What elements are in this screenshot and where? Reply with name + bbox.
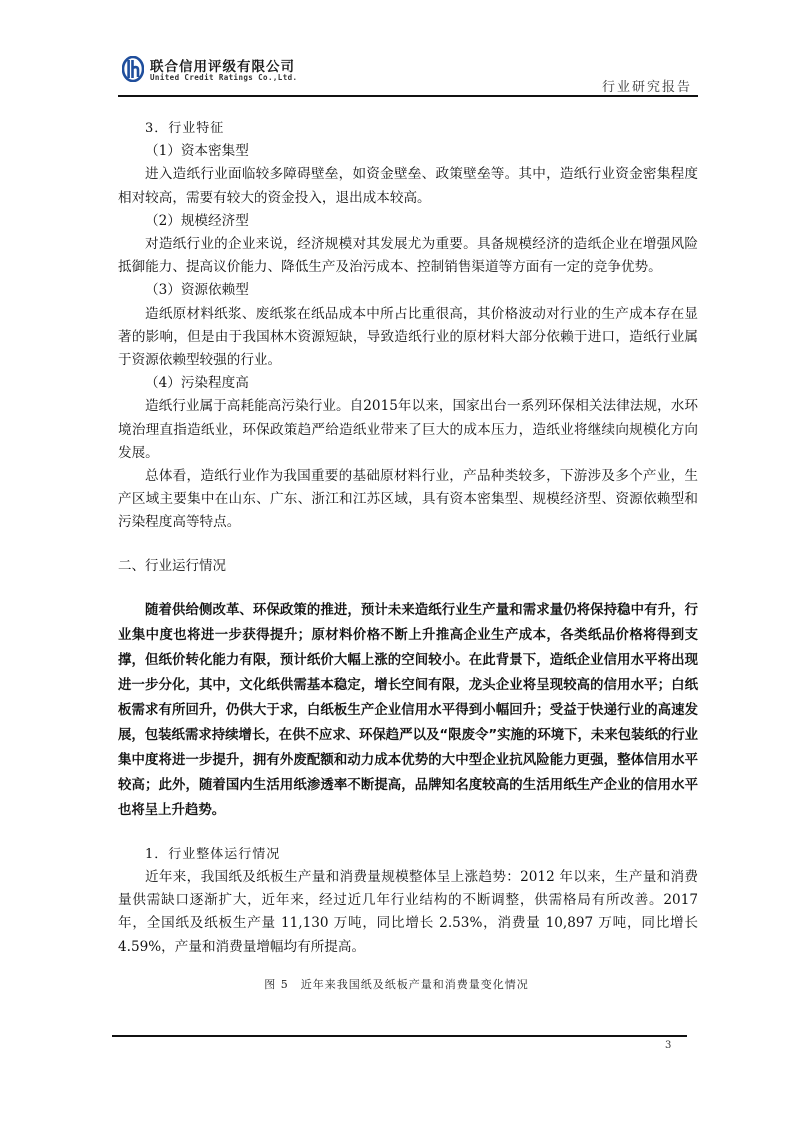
spacer bbox=[118, 578, 698, 598]
subheading-resource-dependent: （3）资源依赖型 bbox=[118, 279, 698, 302]
spacer bbox=[118, 823, 698, 843]
section-heading-industry-operation: 二、行业运行情况 bbox=[118, 555, 698, 578]
paragraph-resource-dependent: 造纸原材料纸浆、废纸浆在纸品成本中所占比重很高，其价格波动对行业的生产成本存在显… bbox=[118, 303, 698, 373]
document-body: 3．行业特征 （1）资本密集型 进入造纸行业面临较多障碍壁垒，如资金壁垒、政策壁… bbox=[118, 117, 698, 959]
paragraph-overall-operation: 近年来，我国纸及纸板生产量和消费量规模整体呈上涨趋势：2012 年以来，生产量和… bbox=[118, 866, 698, 959]
paragraph-summary: 总体看，造纸行业作为我国重要的基础原材料行业，产品种类较多，下游涉及多个产业，生… bbox=[118, 465, 698, 535]
figure-caption: 图 5 近年来我国纸及纸板产量和消费量变化情况 bbox=[0, 976, 793, 992]
paragraph-key-summary: 随着供给侧改革、环保政策的推进，预计未来造纸行业生产量和需求量仍将保持稳中有升，… bbox=[118, 598, 698, 823]
subheading-high-pollution: （4）污染程度高 bbox=[118, 372, 698, 395]
paragraph-capital-intensive: 进入造纸行业面临较多障碍壁垒，如资金壁垒、政策壁垒等。其中，造纸行业资金密集程度… bbox=[118, 163, 698, 209]
spacer bbox=[118, 535, 698, 555]
footer-divider bbox=[112, 1035, 687, 1037]
subsection-heading-overall-operation: 1．行业整体运行情况 bbox=[118, 843, 698, 866]
paragraph-economies-of-scale: 对造纸行业的企业来说，经济规模对其发展尤为重要。具备规模经济的造纸企业在增强风险… bbox=[118, 233, 698, 279]
subheading-economies-of-scale: （2）规模经济型 bbox=[118, 210, 698, 233]
page-header: 联合信用评级有限公司 United Credit Ratings Co.,Ltd… bbox=[118, 50, 698, 96]
report-type-label: 行业研究报告 bbox=[602, 76, 692, 95]
section-heading-industry-features: 3．行业特征 bbox=[118, 117, 698, 140]
ucr-logo-icon bbox=[122, 56, 144, 82]
company-name-en: United Credit Ratings Co.,Ltd. bbox=[150, 73, 297, 82]
document-page: 联合信用评级有限公司 United Credit Ratings Co.,Ltd… bbox=[0, 0, 793, 1122]
company-name-cn: 联合信用评级有限公司 bbox=[150, 55, 295, 75]
header-divider bbox=[118, 95, 698, 97]
subheading-capital-intensive: （1）资本密集型 bbox=[118, 140, 698, 163]
page-number: 3 bbox=[665, 1040, 671, 1051]
paragraph-high-pollution: 造纸行业属于高耗能高污染行业。自2015年以来，国家出台一系列环保相关法律法规，… bbox=[118, 395, 698, 465]
